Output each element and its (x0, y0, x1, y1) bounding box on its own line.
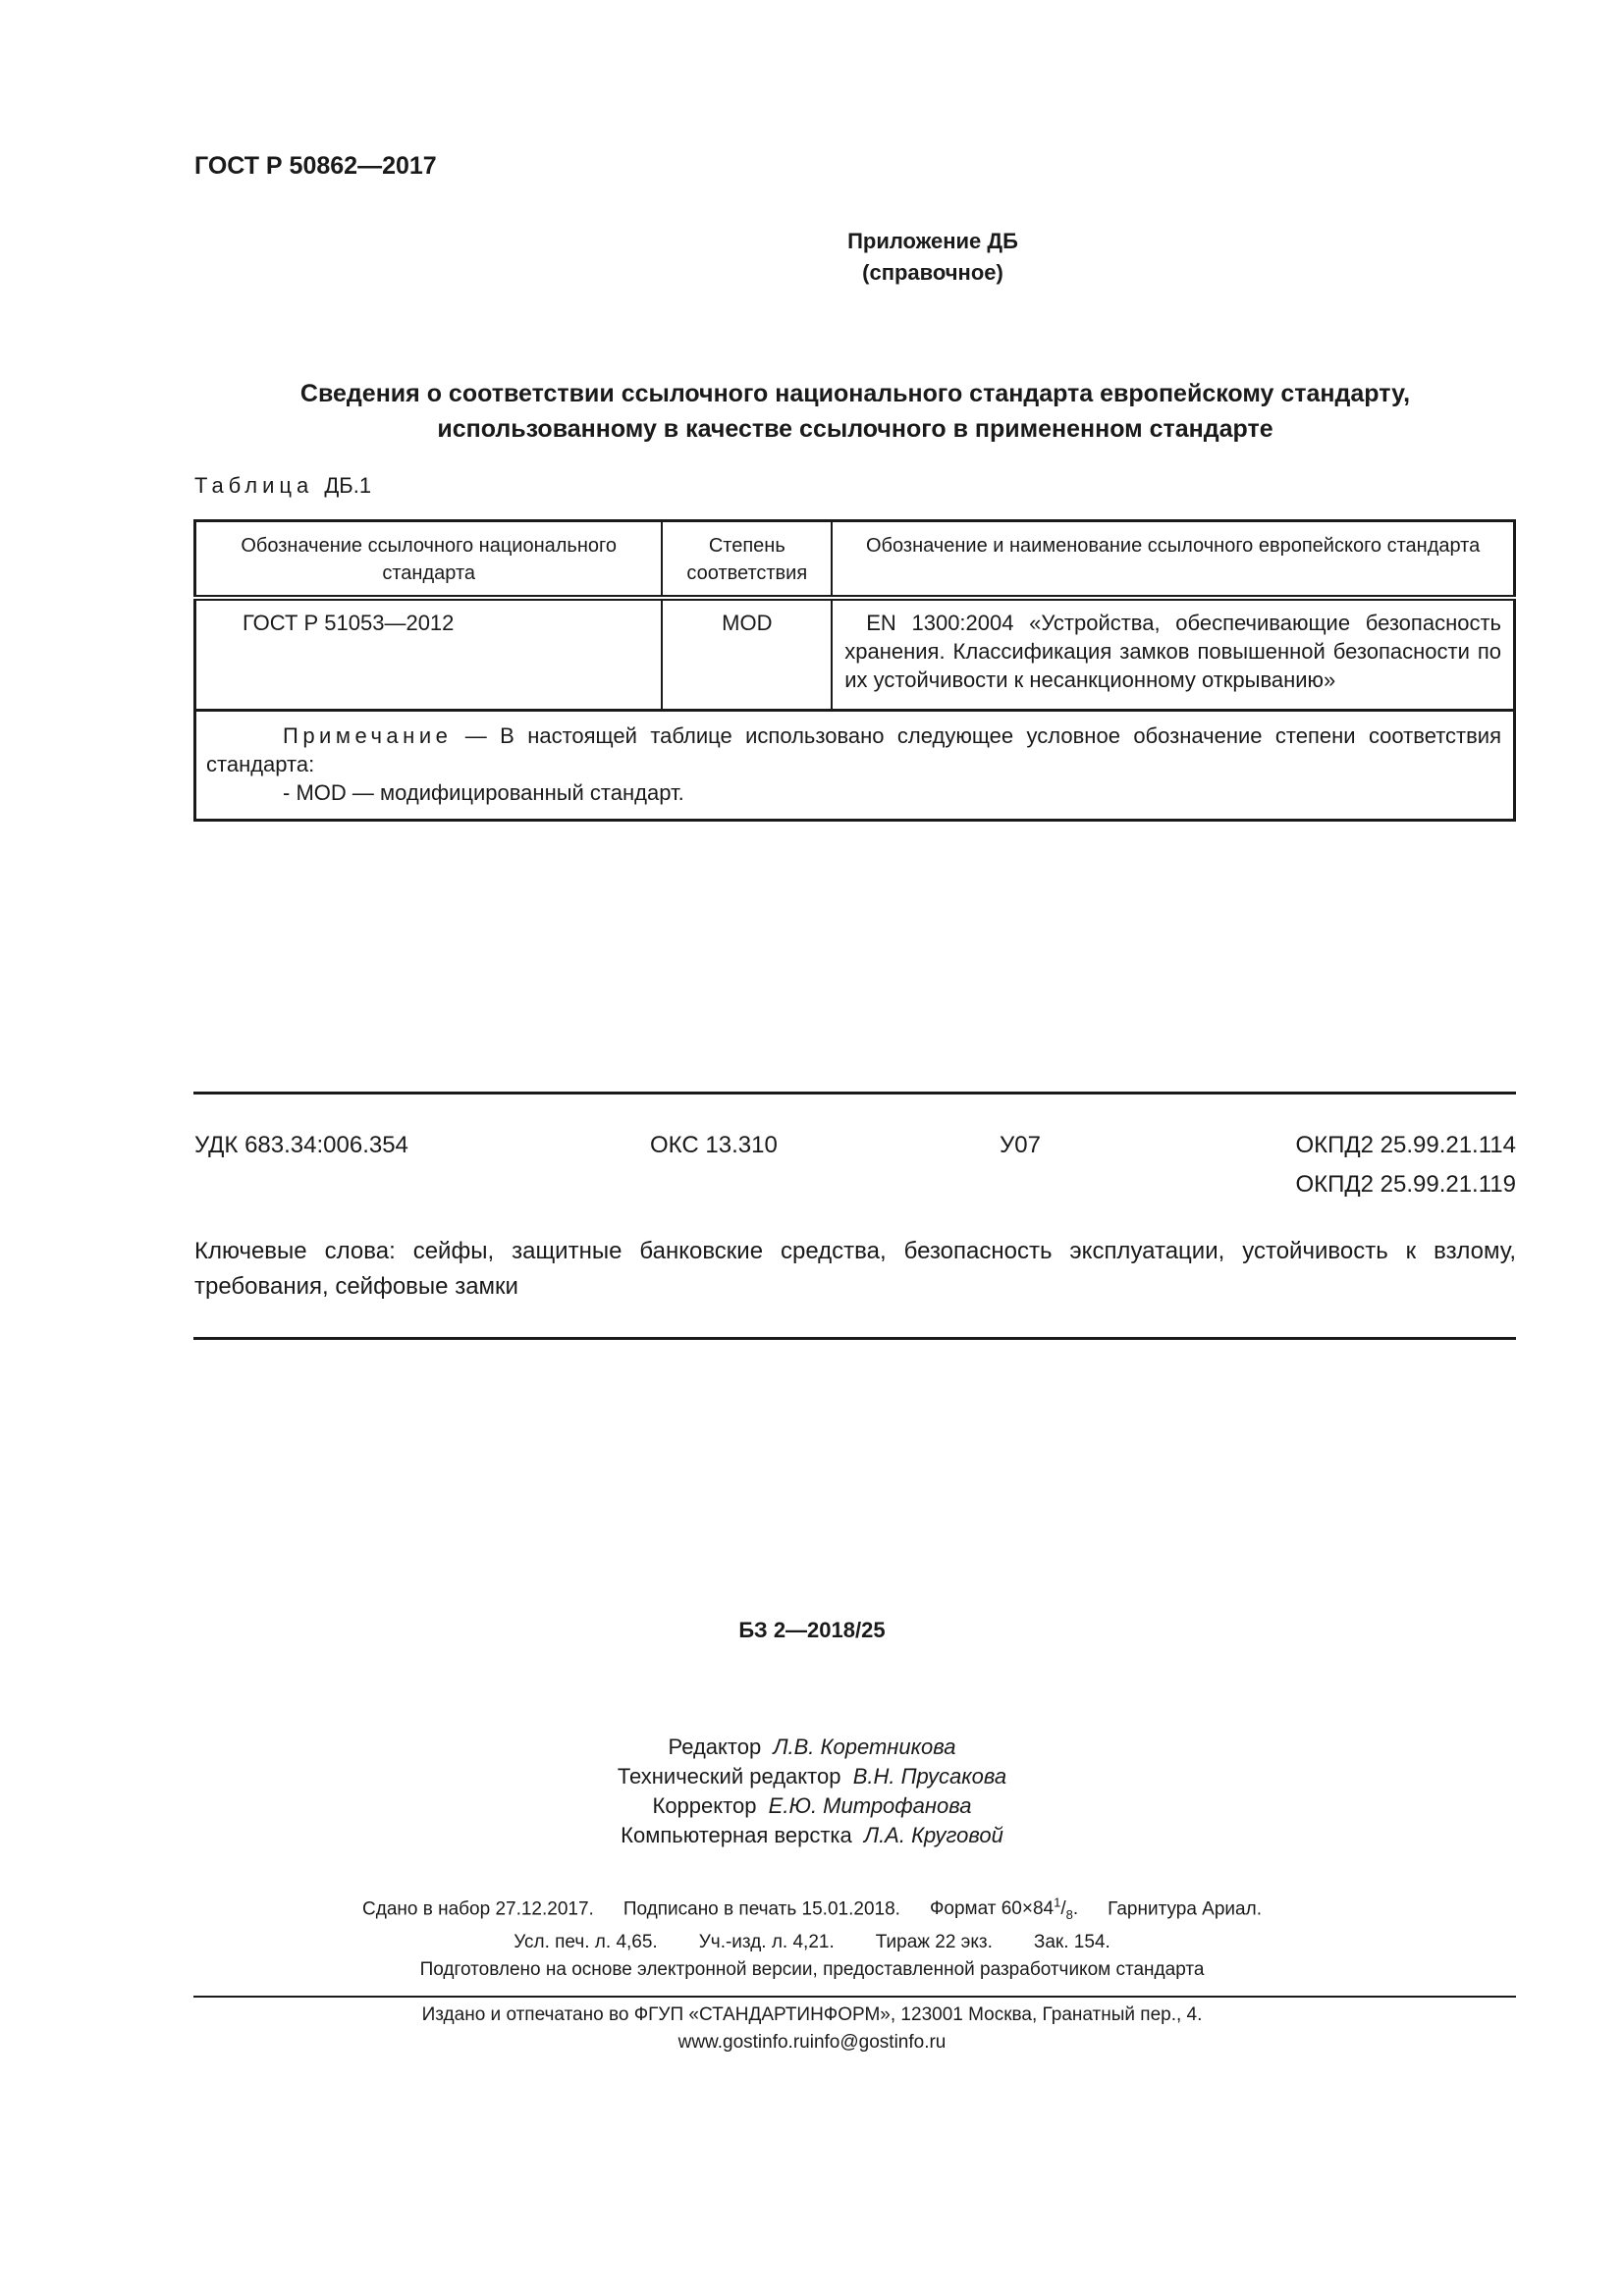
credits-block: Редактор Л.В. Коретникова Технический ре… (0, 1733, 1624, 1850)
column-header-degree: Степень соответствия (662, 521, 832, 599)
heading-line-1: Сведения о соответствии ссылочного нацио… (194, 376, 1516, 411)
appendix-title-block: Приложение ДБ (справочное) (687, 226, 1178, 289)
credit-name: В.Н. Прусакова (853, 1764, 1006, 1789)
format-prefix: Формат 60×84 (930, 1898, 1054, 1919)
cell-european-standard: EN 1300:2004 «Устройства, обеспечивающие… (832, 598, 1514, 711)
print-run: Тираж 22 экз. (876, 1932, 993, 1952)
credit-editor: Редактор Л.В. Коретникова (0, 1733, 1624, 1762)
table-label: Таблица ДБ.1 (194, 473, 371, 499)
format: Формат 60×841/8. (930, 1898, 1078, 1919)
appendix-subtitle: (справочное) (687, 257, 1178, 289)
oks-code: ОКС 13.310 (650, 1132, 778, 1159)
uch-izd-l: Уч.-изд. л. 4,21. (699, 1932, 835, 1952)
credit-name: Л.А. Круговой (864, 1823, 1003, 1847)
credit-name: Е.Ю. Митрофанова (769, 1793, 972, 1818)
reference-standards-table: Обозначение ссылочного национального ста… (193, 519, 1516, 822)
imprint-prepared: Подготовлено на основе электронной верси… (0, 1956, 1624, 1984)
credit-proofreader: Корректор Е.Ю. Митрофанова (0, 1791, 1624, 1821)
heading-line-2: использованному в качестве ссылочного в … (194, 411, 1516, 447)
format-sub: 8 (1066, 1907, 1073, 1922)
publisher-block: Издано и отпечатано во ФГУП «СТАНДАРТИНФ… (0, 2002, 1624, 2056)
appendix-title: Приложение ДБ (687, 226, 1178, 257)
table-note-row: Примечание — В настоящей таблице использ… (195, 711, 1515, 821)
section-heading: Сведения о соответствии ссылочного нацио… (194, 376, 1516, 447)
publisher-contacts: www.gostinfo.ruinfo@gostinfo.ru (0, 2029, 1624, 2056)
keywords: Ключевые слова: сейфы, защитные банковск… (194, 1234, 1516, 1305)
typeface: Гарнитура Ариал. (1108, 1898, 1262, 1919)
credit-name: Л.В. Коретникова (773, 1735, 955, 1759)
credit-technical-editor: Технический редактор В.Н. Прусакова (0, 1762, 1624, 1791)
category-code: У07 (1000, 1132, 1041, 1159)
note-item: - MOD — модифицированный стандарт. (206, 778, 1501, 807)
table-header-row: Обозначение ссылочного национального ста… (195, 521, 1515, 599)
credit-role: Корректор (653, 1793, 757, 1818)
bz-number: БЗ 2—2018/25 (0, 1618, 1624, 1643)
table-label-word: Таблица (194, 473, 313, 498)
credit-role: Технический редактор (618, 1764, 841, 1789)
table-note: Примечание — В настоящей таблице использ… (195, 711, 1515, 821)
publisher-line: Издано и отпечатано во ФГУП «СТАНДАРТИНФ… (0, 2002, 1624, 2029)
format-sup: 1 (1054, 1896, 1060, 1910)
website-link[interactable]: www.gostinfo.ru (678, 2032, 810, 2053)
note-label: Примечание (283, 723, 452, 748)
table-row: ГОСТ Р 51053—2012 MOD EN 1300:2004 «Устр… (195, 598, 1515, 711)
order-number: Зак. 154. (1034, 1932, 1110, 1952)
credit-role: Редактор (669, 1735, 762, 1759)
document-id: ГОСТ Р 50862—2017 (194, 152, 437, 181)
divider-publisher (193, 1996, 1516, 1998)
column-header-european: Обозначение и наименование ссылочного ев… (832, 521, 1514, 599)
divider-top (193, 1092, 1516, 1095)
cell-national-standard: ГОСТ Р 51053—2012 (195, 598, 663, 711)
signed-date: Подписано в печать 15.01.2018. (623, 1898, 900, 1919)
email-link[interactable]: info@gostinfo.ru (810, 2032, 947, 2053)
cell-degree: MOD (662, 598, 832, 711)
imprint-line-1: Сдано в набор 27.12.2017.Подписано в печ… (0, 1890, 1624, 1929)
divider-bottom (193, 1337, 1516, 1340)
submitted-date: Сдано в набор 27.12.2017. (362, 1898, 594, 1919)
okpd2-code-2: ОКПД2 25.99.21.119 (1295, 1171, 1516, 1199)
format-suffix: . (1073, 1898, 1078, 1919)
table-label-number: ДБ.1 (324, 473, 371, 498)
usl-pech-l: Усл. печ. л. 4,65. (514, 1932, 658, 1952)
udk-code: УДК 683.34:006.354 (194, 1132, 408, 1159)
okpd2-code-1: ОКПД2 25.99.21.114 (1295, 1132, 1516, 1159)
credit-layout: Компьютерная верстка Л.А. Круговой (0, 1821, 1624, 1850)
imprint-line-2: Усл. печ. л. 4,65.Уч.-изд. л. 4,21.Тираж… (0, 1929, 1624, 1956)
column-header-national: Обозначение ссылочного национального ста… (195, 521, 663, 599)
credit-role: Компьютерная верстка (621, 1823, 852, 1847)
imprint-block: Сдано в набор 27.12.2017.Подписано в печ… (0, 1890, 1624, 1984)
